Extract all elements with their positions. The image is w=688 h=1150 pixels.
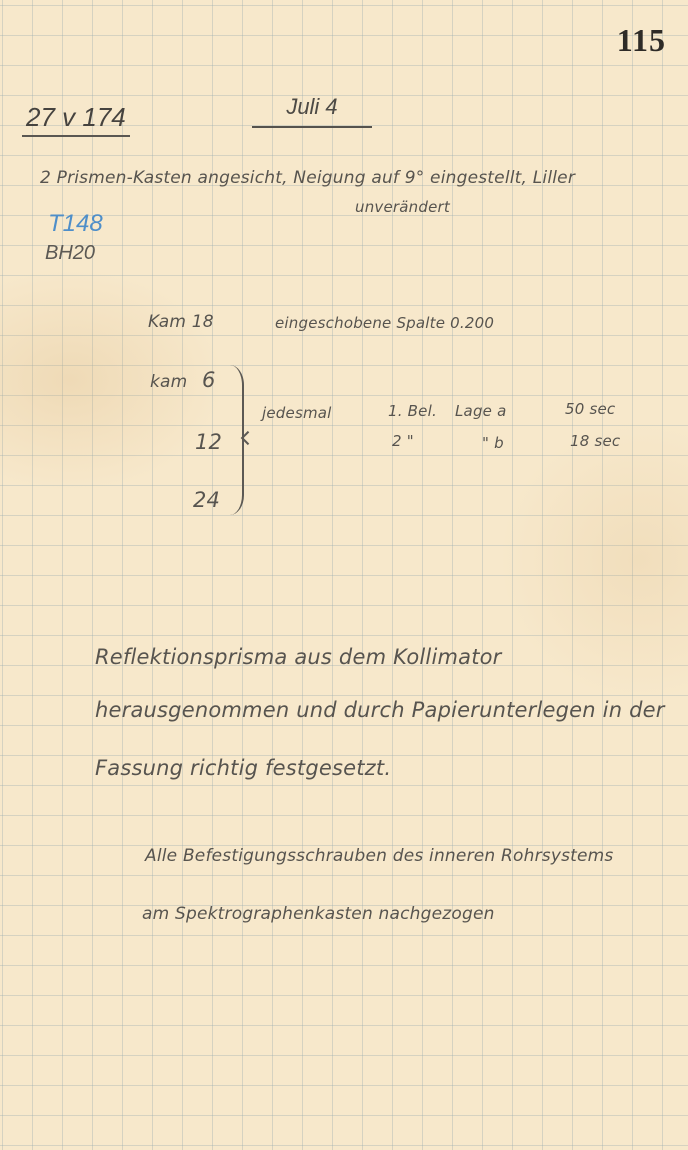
entry-line-prism-casing: 2 Prismen-Kasten angesicht, Neigung auf …	[40, 168, 575, 188]
paragraph1-line3: Fassung richtig festgesetzt.	[95, 756, 391, 780]
kam-value-12: 12	[195, 430, 222, 454]
exposure-1-label: 1. Bel.	[388, 402, 437, 420]
kam18-slit-note: eingeschobene Spalte 0.200	[275, 314, 494, 332]
pencil-code: BH20	[45, 242, 95, 265]
kam-value-24: 24	[193, 488, 220, 512]
reference-code: 27 v 174	[22, 102, 130, 137]
exposure-1-position: Lage a	[455, 402, 506, 420]
exposure-1-time: 50 sec	[565, 400, 615, 418]
paragraph2-line1: Alle Befestigungsschrauben des inneren R…	[145, 846, 614, 866]
entry-line-unchanged: unverändert	[355, 198, 450, 216]
exposure-2-label: 2 "	[392, 432, 414, 450]
paragraph2-line2: am Spektrographenkasten nachgezogen	[142, 904, 495, 924]
exposure-each-time: jedesmal	[262, 404, 332, 422]
kam-value-6: 6	[202, 368, 216, 392]
exposure-2-time: 18 sec	[570, 432, 620, 450]
paragraph1-line2: herausgenommen und durch Papierunterlege…	[95, 698, 665, 722]
notebook-page: 115 27 v 174 Juli 4 2 Prismen-Kasten ang…	[0, 0, 688, 1150]
exposure-2-position: " b	[482, 434, 504, 452]
curly-brace	[230, 365, 244, 515]
kam18-label: Kam 18	[148, 312, 214, 332]
kam-group-label: kam	[150, 372, 187, 392]
paragraph1-line1: Reflektionsprisma aus dem Kollimator	[95, 645, 502, 669]
blue-stamp-code: T148	[48, 210, 103, 238]
entry-date: Juli 4	[252, 94, 372, 128]
page-number: 115	[617, 22, 666, 59]
